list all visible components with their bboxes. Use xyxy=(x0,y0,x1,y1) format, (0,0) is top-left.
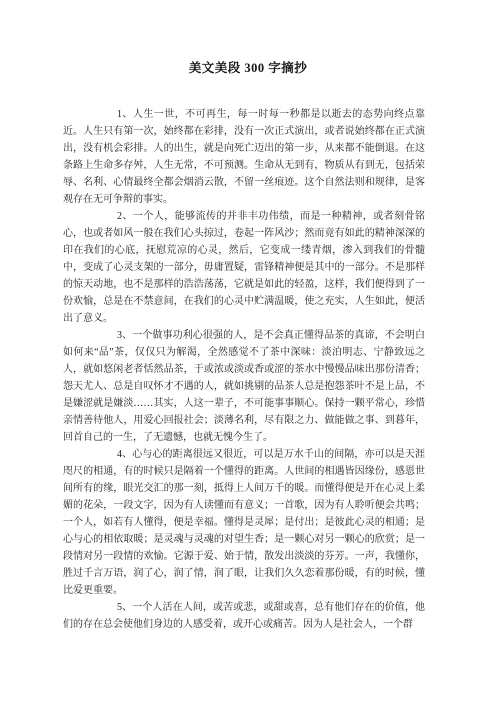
paragraph-4: 4、心与心的距离很远又很近，可以是万水千山的间隔，亦可以是天涯咫尺的相通，有的时… xyxy=(63,446,425,599)
paragraph-1: 1、人生一世，不可再生，每一时每一秒都是以逝去的态势向终点靠近。人生只有第一次，… xyxy=(63,106,425,208)
paragraph-2: 2、一个人，能够流传的并非丰功伟绩，而是一种精神，或者刻骨铭心，也或者如风一般在… xyxy=(63,208,425,327)
paragraph-5: 5、一个人活在人间，或苦或悲，或甜或喜，总有他们存在的价值，他们的存在总会使他们… xyxy=(63,599,425,633)
document-page: 美文美段 300 字摘抄 1、人生一世，不可再生，每一时每一秒都是以逝去的态势向… xyxy=(0,0,496,702)
paragraph-3: 3、一个做事功利心很强的人，是不会真正懂得品茶的真谛，不会明白如何来“品”茶，仅… xyxy=(63,327,425,446)
document-title: 美文美段 300 字摘抄 xyxy=(0,58,496,78)
document-body: 1、人生一世，不可再生，每一时每一秒都是以逝去的态势向终点靠近。人生只有第一次，… xyxy=(63,106,425,633)
